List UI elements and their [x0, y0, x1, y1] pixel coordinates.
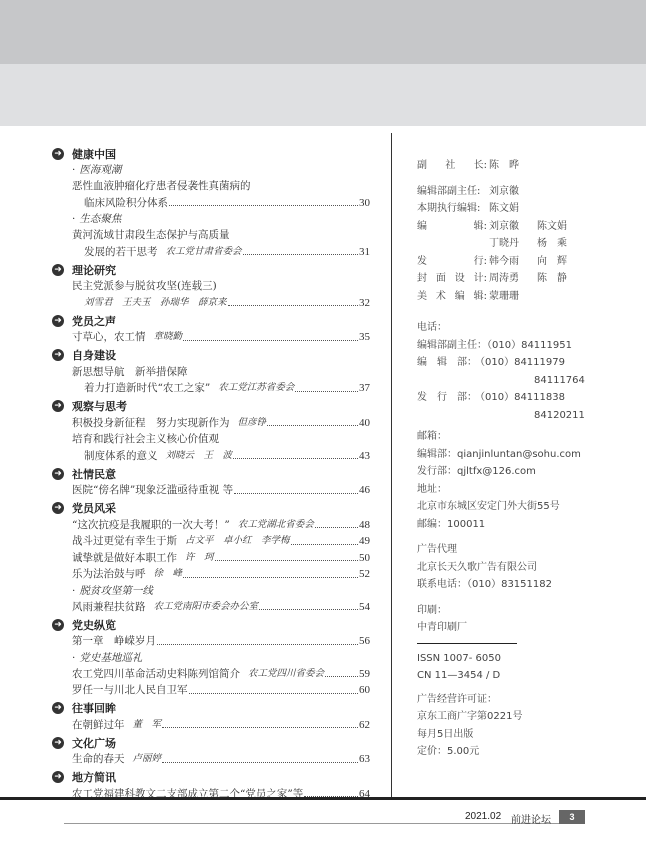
- subsection-title: 脱贫攻坚第一线: [79, 585, 153, 597]
- editor: 杨 乘: [537, 235, 567, 253]
- article-title: 战斗过更觉有幸生于斯: [72, 533, 177, 550]
- bullet: ·: [72, 164, 75, 176]
- article-title: 发展的若干思考: [84, 244, 158, 261]
- arrow-right-circle-icon: ➜: [52, 702, 64, 714]
- editor: 刘京徽: [489, 218, 519, 236]
- article-title: 积极投身新征程 努力实现新作为: [72, 415, 230, 432]
- page-number: 49: [359, 533, 370, 550]
- page-number: 52: [359, 566, 370, 583]
- dot-leader: [162, 751, 358, 763]
- dot-leader: [304, 786, 358, 798]
- page-number: 32: [359, 295, 370, 312]
- article-author: 徐 峰: [154, 566, 183, 583]
- toc-entry[interactable]: 乐为法治鼓与呼徐 峰52: [52, 566, 370, 583]
- issue-date: 2021.02: [465, 811, 501, 822]
- dot-leader: [157, 633, 358, 645]
- ads-phone: 联系电话：（010）83151182: [417, 576, 637, 594]
- page-number: 48: [359, 517, 370, 534]
- dot-leader: [189, 682, 359, 694]
- toc-entry[interactable]: 罗任一与川北人民自卫军60: [52, 682, 370, 699]
- cover-design-row: 封面设计: 周涛勇 陈 静: [417, 270, 637, 288]
- article-author: 但彦铮: [238, 415, 267, 432]
- article-title: 诚挚就是做好本职工作: [72, 550, 177, 567]
- article-title: 恶性血液肿瘤化疗患者侵袭性真菌病的: [72, 178, 251, 195]
- article-author: 农工党甘肃省委会: [166, 244, 242, 261]
- dot-leader: [215, 550, 358, 562]
- distributor: 韩今雨: [489, 253, 519, 271]
- toc-subsection: ·脱贫攻坚第一线: [52, 583, 370, 599]
- article-author: 许 珂: [185, 550, 214, 567]
- email-distribution[interactable]: 发行部：qjltfx@126.com: [417, 463, 637, 481]
- toc-section[interactable]: ➜观察与思考: [52, 398, 370, 415]
- arrow-right-circle-icon: ➜: [52, 315, 64, 327]
- toc-section[interactable]: ➜党员风采: [52, 500, 370, 517]
- postcode: 邮编：100011: [417, 516, 637, 534]
- address-heading: 地址：: [417, 481, 637, 499]
- dot-leader: [243, 244, 358, 256]
- toc-title-line[interactable]: 培育和践行社会主义核心价值观: [52, 431, 370, 448]
- vice-president: 陈 晔: [489, 157, 519, 175]
- page-footer: 2021.02 前进论坛 3: [0, 811, 646, 825]
- page-number: 59: [359, 666, 370, 683]
- toc-entry[interactable]: 在朝鲜过年董 军62: [52, 717, 370, 734]
- dot-leader: [291, 533, 358, 545]
- toc-section[interactable]: ➜党史纵览: [52, 616, 370, 633]
- article-title: 风雨兼程扶贫路: [72, 599, 146, 616]
- section-title: 观察与思考: [72, 398, 127, 414]
- label: 编辑部副主任:: [417, 183, 487, 201]
- deputy-director: 刘京徽: [489, 183, 519, 201]
- table-of-contents: ➜健康中国·医海观潮恶性血液肿瘤化疗患者侵袭性真菌病的临床风险积分体系30·生态…: [52, 145, 370, 802]
- toc-entry[interactable]: 第一章 峥嵘岁月56: [52, 633, 370, 650]
- bottom-rule: [0, 797, 646, 800]
- page-number: 30: [359, 195, 370, 212]
- toc-entry[interactable]: 发展的若干思考农工党甘肃省委会31: [52, 244, 370, 261]
- toc-entry[interactable]: 诚挚就是做好本职工作许 珂50: [52, 550, 370, 567]
- price: 定价：5.00元: [417, 743, 637, 761]
- toc-entry[interactable]: 制度体系的意义刘晓云 王 波43: [52, 448, 370, 465]
- page-number: 60: [359, 682, 370, 699]
- article-title: 农工党四川革命活动史料陈列馆简介: [72, 666, 240, 683]
- ads-company: 北京长天久歌广告有限公司: [417, 559, 637, 577]
- cn-number: CN 11—3454 / D: [417, 667, 637, 685]
- article-title: 民主党派参与脱贫攻坚(连载三): [72, 278, 217, 295]
- article-author: 刘晓云 王 波: [166, 448, 233, 465]
- issn: ISSN 1007- 6050: [417, 650, 637, 668]
- article-author: 占文平 卓小红 李学梅: [185, 533, 290, 550]
- page-number: 54: [359, 599, 370, 616]
- article-title: 在朝鲜过年: [72, 717, 125, 734]
- cover-designer: 周涛勇: [489, 270, 519, 288]
- article-author: 农工党南阳市委会办公室: [154, 599, 259, 616]
- article-title: 培育和践行社会主义核心价值观: [72, 431, 219, 448]
- phone-deputy: 编辑部副主任：（010）84111951: [417, 337, 637, 355]
- toc-entry[interactable]: 风雨兼程扶贫路农工党南阳市委会办公室54: [52, 599, 370, 616]
- toc-section[interactable]: ➜社情民意: [52, 465, 370, 482]
- article-author: 刘雪君 王夫玉 孙瑞华 薛京来: [84, 295, 227, 312]
- header-band-light: [0, 64, 646, 126]
- toc-subsection: ·医海观潮: [52, 162, 370, 178]
- article-title: 黄河流域甘肃段生态保护与高质量: [72, 227, 230, 244]
- art-editor: 蒙珊珊: [489, 288, 519, 306]
- toc-section[interactable]: ➜自身建设: [52, 347, 370, 364]
- dot-leader: [325, 666, 358, 678]
- article-author: 卢丽婷: [133, 751, 162, 768]
- toc-entry[interactable]: “这次抗疫是我履职的一次大考！”农工党湖北省委会48: [52, 517, 370, 534]
- section-title: 党员之声: [72, 313, 116, 329]
- page-number: 37: [359, 380, 370, 397]
- publish-schedule: 每月5日出版: [417, 726, 637, 744]
- dot-leader: [267, 415, 358, 427]
- page-number: 56: [359, 633, 370, 650]
- page-number: 63: [359, 751, 370, 768]
- section-title: 自身建设: [72, 347, 116, 363]
- divider: [417, 643, 517, 644]
- article-author: 农工党四川省委会: [248, 666, 324, 683]
- toc-title-line[interactable]: 新思想导航 新举措保障: [52, 364, 370, 381]
- toc-entry[interactable]: 寸草心，农工情章晓勤35: [52, 329, 370, 346]
- section-title: 党员风采: [72, 500, 116, 516]
- section-title: 社情民意: [72, 466, 116, 482]
- arrow-right-circle-icon: ➜: [52, 400, 64, 412]
- address-value: 北京市东城区安定门外大街55号: [417, 498, 637, 516]
- dot-leader: [259, 599, 358, 611]
- arrow-right-circle-icon: ➜: [52, 771, 64, 783]
- section-title: 健康中国: [72, 146, 116, 162]
- section-title: 党史纵览: [72, 617, 116, 633]
- article-title: 乐为法治鼓与呼: [72, 566, 146, 583]
- subsection-title: 党史基地巡礼: [79, 652, 142, 664]
- license-value: 京东工商广字第0221号: [417, 708, 637, 726]
- toc-section[interactable]: ➜往事回眸: [52, 700, 370, 717]
- article-title: 第一章 峥嵘岁月: [72, 633, 156, 650]
- arrow-right-circle-icon: ➜: [52, 619, 64, 631]
- bullet: ·: [72, 652, 75, 664]
- phone-heading: 电话：: [417, 319, 637, 337]
- article-author: 农工党江苏省委会: [218, 380, 294, 397]
- dot-leader: [295, 380, 358, 392]
- printing-value: 中青印刷厂: [417, 619, 637, 637]
- phone-distribution-2: 84120211: [417, 407, 637, 425]
- toc-section[interactable]: ➜地方简讯: [52, 769, 370, 786]
- article-author: 董 军: [133, 717, 162, 734]
- dot-leader: [315, 517, 358, 529]
- page-number: 62: [359, 717, 370, 734]
- cover-designer: 陈 静: [537, 270, 567, 288]
- arrow-right-circle-icon: ➜: [52, 468, 64, 480]
- article-title: 罗任一与川北人民自卫军: [72, 682, 188, 699]
- label: 本期执行编辑:: [417, 200, 487, 218]
- magazine-name: 前进论坛: [511, 811, 551, 826]
- page-number: 40: [359, 415, 370, 432]
- toc-title-line[interactable]: 恶性血液肿瘤化疗患者侵袭性真菌病的: [52, 178, 370, 195]
- section-title: 往事回眸: [72, 700, 116, 716]
- deputy-director-row: 编辑部副主任: 刘京徽: [417, 183, 637, 201]
- header-band-dark: [0, 0, 646, 64]
- arrow-right-circle-icon: ➜: [52, 502, 64, 514]
- art-editor-row: 美术编辑: 蒙珊珊: [417, 288, 637, 306]
- toc-section[interactable]: ➜党员之声: [52, 312, 370, 329]
- vice-president-row: 副社长: 陈 晔: [417, 157, 637, 175]
- section-title: 理论研究: [72, 262, 116, 278]
- toc-section[interactable]: ➜文化广场: [52, 734, 370, 751]
- page-number: 46: [359, 482, 370, 499]
- subsection-title: 医海观潮: [79, 164, 121, 176]
- license-heading: 广告经营许可证：: [417, 691, 637, 709]
- exec-editor-row: 本期执行编辑: 陈文娟: [417, 200, 637, 218]
- arrow-right-circle-icon: ➜: [52, 148, 64, 160]
- article-title: 寸草心，农工情: [72, 329, 146, 346]
- toc-entry[interactable]: 临床风险积分体系30: [52, 195, 370, 212]
- editor: 丁晓丹: [489, 235, 519, 253]
- toc-entry[interactable]: 刘雪君 王夫玉 孙瑞华 薛京来32: [52, 295, 370, 312]
- article-title: 医院“傍名牌”现象泛滥亟待重视 等: [72, 482, 233, 499]
- toc-section[interactable]: ➜理论研究: [52, 261, 370, 278]
- distribution-row: 发行: 韩今雨 向 辉: [417, 253, 637, 271]
- column-divider: [391, 133, 392, 798]
- dot-leader: [183, 566, 358, 578]
- editors-row-2: 丁晓丹 杨 乘: [417, 235, 637, 253]
- email-editorial[interactable]: 编辑部：qianjinluntan@sohu.com: [417, 446, 637, 464]
- ads-heading: 广告代理: [417, 541, 637, 559]
- bullet: ·: [72, 213, 75, 225]
- arrow-right-circle-icon: ➜: [52, 737, 64, 749]
- article-title: 新思想导航 新举措保障: [72, 364, 188, 381]
- article-title: 生命的春天: [72, 751, 125, 768]
- email-heading: 邮箱：: [417, 428, 637, 446]
- toc-title-line[interactable]: 黄河流域甘肃段生态保护与高质量: [52, 227, 370, 244]
- dot-leader: [183, 329, 358, 341]
- arrow-right-circle-icon: ➜: [52, 349, 64, 361]
- toc-subsection: ·生态聚焦: [52, 211, 370, 227]
- article-title: 制度体系的意义: [84, 448, 158, 465]
- editors-row: 编辑: 刘京徽 陈文娟: [417, 218, 637, 236]
- toc-entry[interactable]: 战斗过更觉有幸生于斯占文平 卓小红 李学梅49: [52, 533, 370, 550]
- toc-entry[interactable]: 医院“傍名牌”现象泛滥亟待重视 等46: [52, 482, 370, 499]
- article-title: “这次抗疫是我履职的一次大考！”: [72, 517, 230, 534]
- distributor: 向 辉: [537, 253, 567, 271]
- dot-leader: [162, 717, 358, 729]
- printing-heading: 印刷：: [417, 602, 637, 620]
- editor: 陈文娟: [537, 218, 567, 236]
- article-author: 农工党湖北省委会: [238, 517, 314, 534]
- page-number: 43: [359, 448, 370, 465]
- page-number: 31: [359, 244, 370, 261]
- article-title: 临床风险积分体系: [84, 195, 168, 212]
- dot-leader: [169, 195, 358, 207]
- section-title: 文化广场: [72, 735, 116, 751]
- dot-leader: [228, 295, 358, 307]
- section-title: 地方简讯: [72, 769, 116, 785]
- phone-editorial-2: 84111764: [417, 372, 637, 390]
- toc-entry[interactable]: 农工党四川革命活动史料陈列馆简介农工党四川省委会59: [52, 666, 370, 683]
- subsection-title: 生态聚焦: [79, 213, 121, 225]
- phone-editorial: 编 辑 部：（010）84111979: [417, 354, 637, 372]
- toc-entry[interactable]: 生命的春天卢丽婷63: [52, 751, 370, 768]
- arrow-right-circle-icon: ➜: [52, 264, 64, 276]
- masthead-info: 副社长: 陈 晔 编辑部副主任: 刘京徽 本期执行编辑: 陈文娟 编辑: 刘京徽…: [417, 157, 637, 761]
- toc-entry[interactable]: 着力打造新时代“农工之家”农工党江苏省委会37: [52, 380, 370, 397]
- page-number: 3: [559, 810, 585, 824]
- toc-title-line[interactable]: 民主党派参与脱贫攻坚(连载三): [52, 278, 370, 295]
- article-title: 着力打造新时代“农工之家”: [84, 380, 210, 397]
- page-number: 50: [359, 550, 370, 567]
- bullet: ·: [72, 585, 75, 597]
- exec-editor: 陈文娟: [489, 200, 519, 218]
- page-number: 35: [359, 329, 370, 346]
- phone-distribution: 发 行 部：（010）84111838: [417, 389, 637, 407]
- dot-leader: [234, 482, 358, 494]
- article-author: 章晓勤: [154, 329, 183, 346]
- dot-leader: [233, 448, 358, 460]
- toc-entry[interactable]: 积极投身新征程 努力实现新作为但彦铮40: [52, 415, 370, 432]
- toc-section[interactable]: ➜健康中国: [52, 145, 370, 162]
- toc-subsection: ·党史基地巡礼: [52, 650, 370, 666]
